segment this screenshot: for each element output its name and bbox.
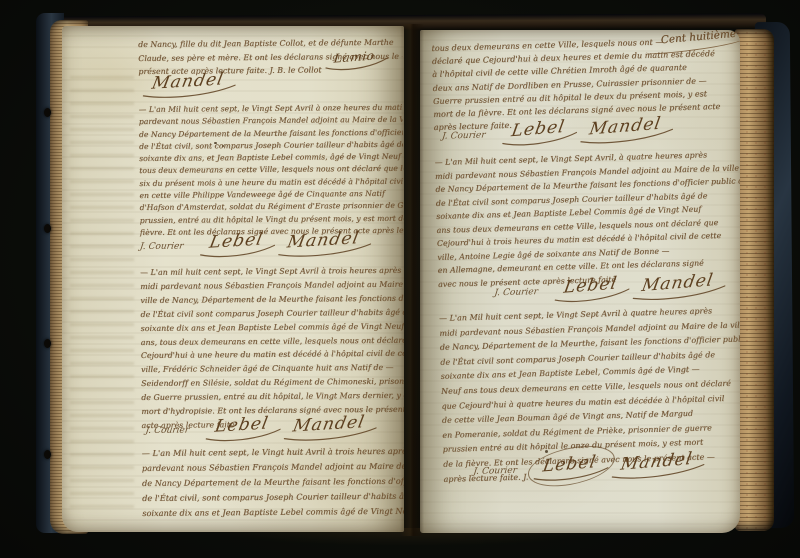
signature-row: J. CourierLebelMandel [145,414,404,436]
signature-name: J. Courier [494,287,539,298]
manuscript-paragraph: — L'an Mil huit cent sept, le Vingt Sept… [139,102,404,240]
signature: J. Courier [473,466,518,477]
signature: Mandel [150,69,225,93]
signature: Mandel [291,412,366,436]
signature-row: Mandel [152,70,402,92]
signature: Mandel [588,114,663,140]
binding-clasp-dot [44,339,51,348]
right-page-text: tous deux demeurans en cette Ville, lesq… [431,30,740,533]
signature: Lebel [509,117,566,141]
signature: J. Courier [139,242,184,252]
left-page: de Nancy, fille du dit Jean Baptiste Col… [62,26,404,532]
signature-row: Lamio [334,50,402,65]
manuscript-line: soixante dix ans et Jean Baptiste Lebel … [142,504,404,521]
right-page-edges [735,29,774,531]
signature: Lebel [213,413,270,436]
signature: Lamio [333,49,375,66]
signature: Mandel [286,228,361,252]
signature-name: J. Courier [473,466,518,477]
binding-clasp-dot [44,108,51,117]
signature: Mandel [619,449,694,475]
ink-bleedthrough-texture [70,70,134,508]
signature: Lebel [207,230,264,253]
signature: Lebel [562,273,619,297]
photograph-of-open-register: de Nancy, fille du dit Jean Baptiste Col… [0,0,800,558]
signature-name: J. Courier [145,426,190,436]
left-page-text: de Nancy, fille du dit Jean Baptiste Col… [138,26,404,532]
right-page: Cent huitième tous deux demeurans en cet… [420,30,740,533]
signature: Mandel [640,270,715,296]
signature-name: J. Courier [139,242,184,252]
manuscript-paragraph: — L'an Mil huit cent sept, le Vingt Sept… [435,147,740,290]
signature: J. Courier [494,287,539,298]
signature: J. Courier [441,131,486,142]
manuscript-paragraph: — L'an Mil huit cent sept, le Vingt huit… [142,444,404,521]
signature-name: J. Courier [441,131,486,142]
signature-row: J. CourierLebelMandel [140,230,404,252]
signature: J. Courier [145,426,190,436]
binding-clasp-dot [44,224,51,233]
signature: Lebel [541,452,598,476]
manuscript-paragraph: — L'an mil huit cent sept, le Vingt Sept… [140,264,404,433]
binding-clasp-dot [44,450,51,459]
